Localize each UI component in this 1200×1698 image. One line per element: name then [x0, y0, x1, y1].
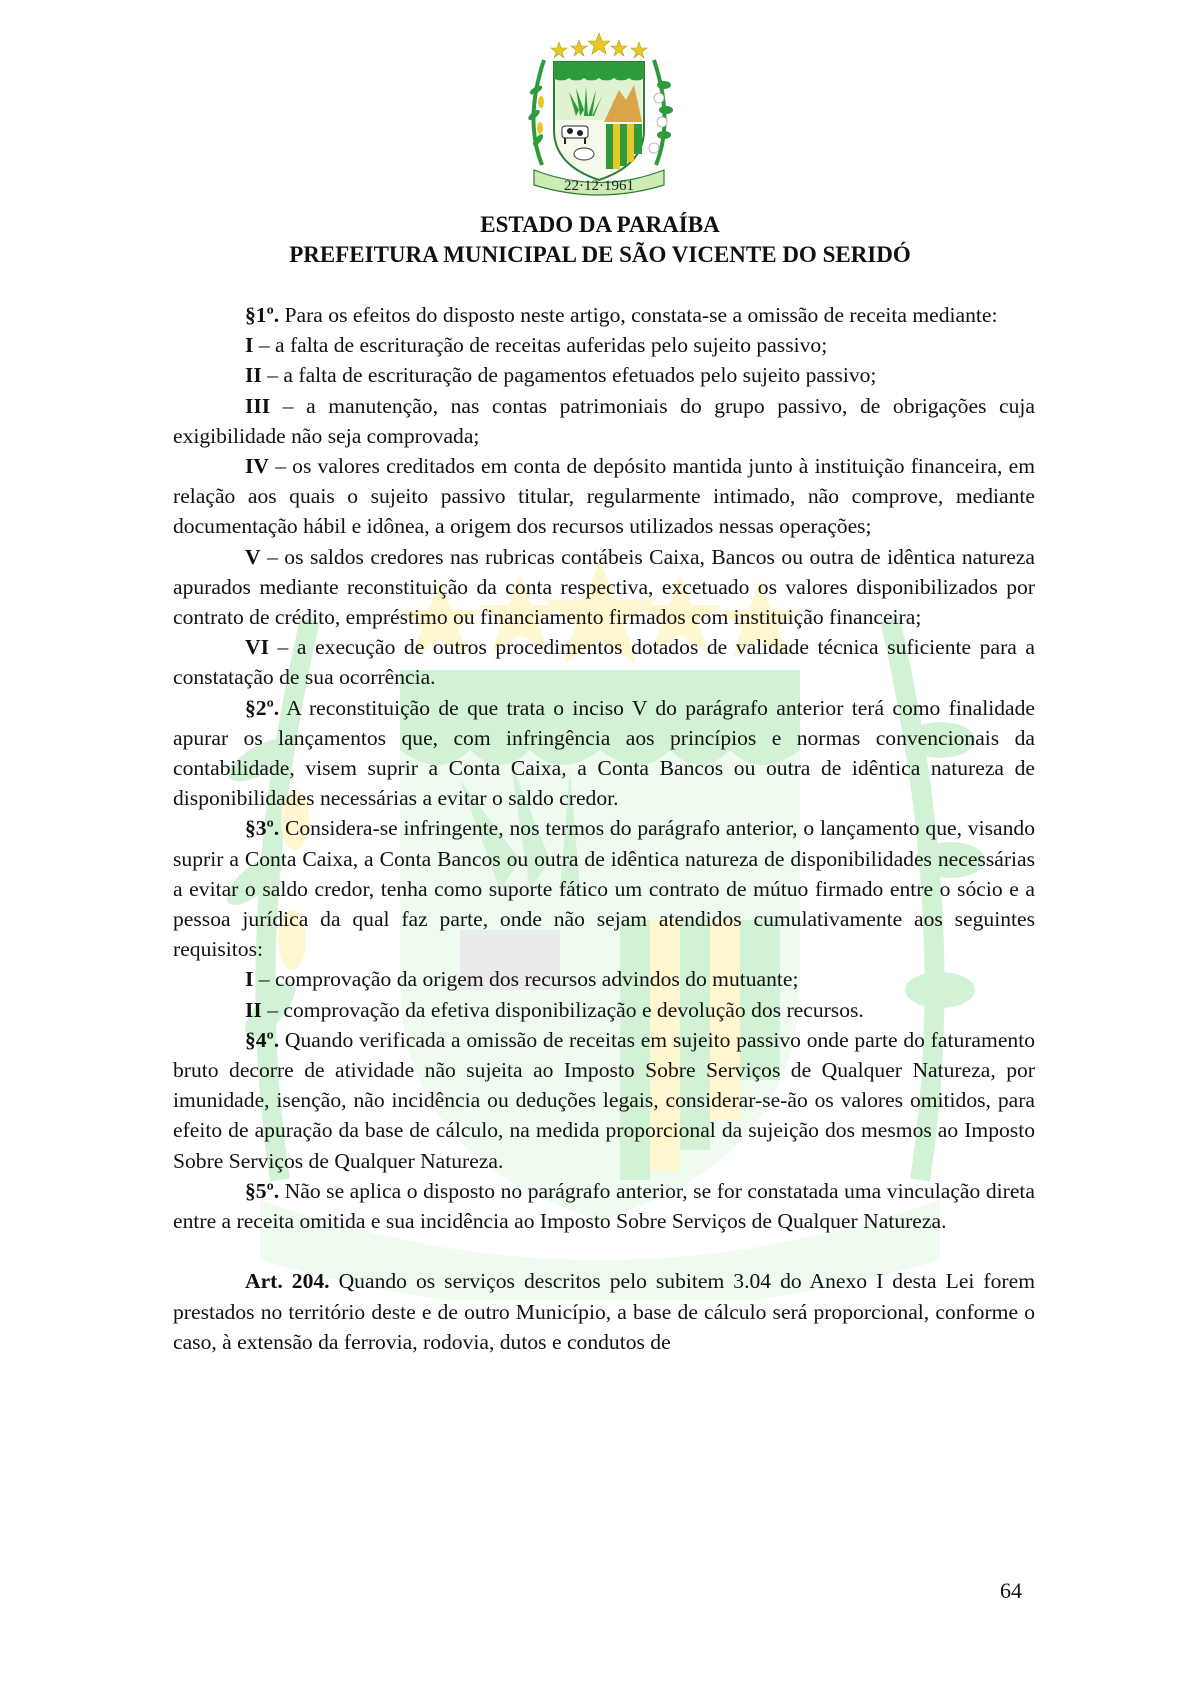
- document-body: §1º. Para os efeitos do disposto neste a…: [173, 300, 1035, 1357]
- paragraph-inciso-i: I – a falta de escrituração de receitas …: [173, 330, 1035, 360]
- paragraph-3: §3º. Considera-se infringente, nos termo…: [173, 813, 1035, 964]
- document-header: ESTADO DA PARAÍBA PREFEITURA MUNICIPAL D…: [0, 210, 1200, 270]
- svg-text:22·12·1961: 22·12·1961: [564, 178, 634, 194]
- paragraph-inciso-iv: IV – os valores creditados em conta de d…: [173, 451, 1035, 542]
- paragraph-2: §2º. A reconstituição de que trata o inc…: [173, 693, 1035, 814]
- header-municipality-title: PREFEITURA MUNICIPAL DE SÃO VICENTE DO S…: [0, 240, 1200, 270]
- document-page: 22·12·1961 ESTADO DA PARAÍBA PREFEITURA …: [0, 0, 1200, 1698]
- header-state-title: ESTADO DA PARAÍBA: [0, 210, 1200, 240]
- paragraph-inciso-v: V – os saldos credores nas rubricas cont…: [173, 542, 1035, 633]
- paragraph-1: §1º. Para os efeitos do disposto neste a…: [173, 300, 1035, 330]
- paragraph-inciso-vi: VI – a execução de outros procedimentos …: [173, 632, 1035, 692]
- paragraph-3-inciso-i: I – comprovação da origem dos recursos a…: [173, 964, 1035, 994]
- paragraph-5: §5º. Não se aplica o disposto no parágra…: [173, 1176, 1035, 1236]
- municipal-crest-icon: 22·12·1961: [514, 30, 684, 200]
- page-number: 64: [1000, 1578, 1022, 1604]
- paragraph-inciso-iii: III – a manutenção, nas contas patrimoni…: [173, 391, 1035, 451]
- article-204: Art. 204. Quando os serviços descritos p…: [173, 1266, 1035, 1357]
- paragraph-inciso-ii: II – a falta de escrituração de pagament…: [173, 360, 1035, 390]
- paragraph-4: §4º. Quando verificada a omissão de rece…: [173, 1025, 1035, 1176]
- paragraph-3-inciso-ii: II – comprovação da efetiva disponibiliz…: [173, 995, 1035, 1025]
